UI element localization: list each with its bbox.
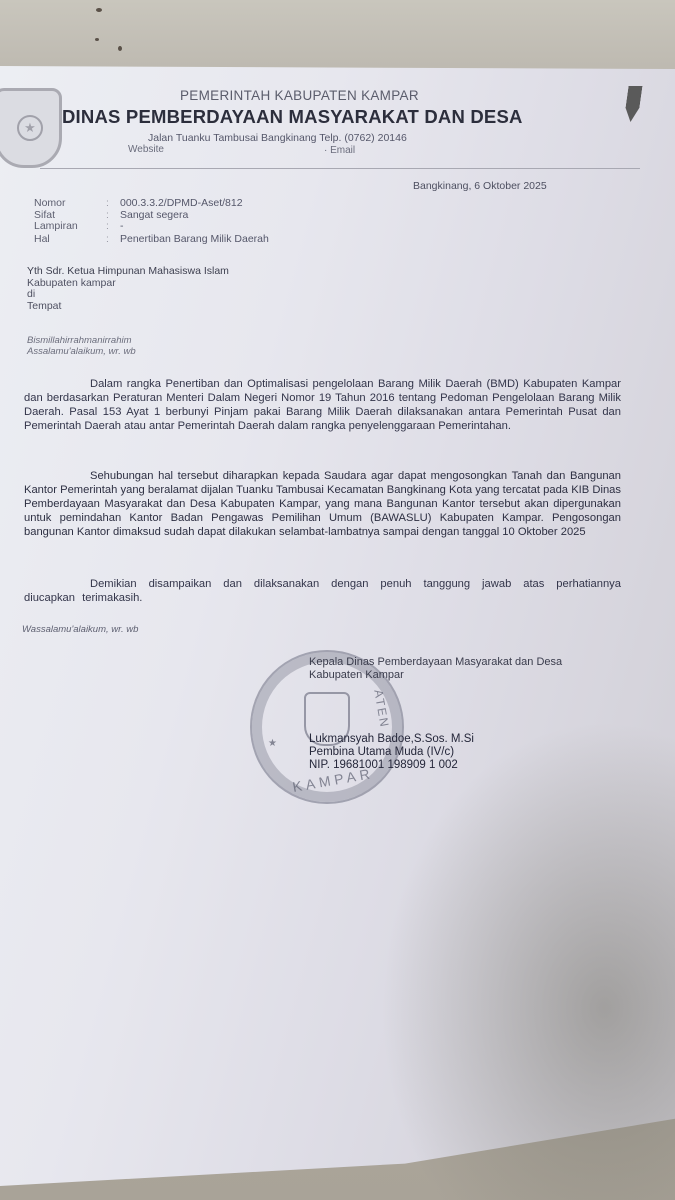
letter-meta: Nomor : 000.3.3.2/DPMD-Aset/812 Sifat : … [34,198,269,245]
letterhead-divider [40,168,640,169]
basmalah: Bismillahirrahmanirrahim [27,335,136,346]
signature-block: Kepala Dinas Pemberdayaan Masyarakat dan… [309,656,562,772]
body-paragraph-1: Dalam rangka Penertiban dan Optimalisasi… [24,377,621,433]
dirt-speck [95,38,99,41]
meta-row-number: Nomor : 000.3.3.2/DPMD-Aset/812 [34,198,269,210]
department-name: DINAS PEMBERDAYAAN MASYARAKAT DAN DESA [62,106,523,128]
greeting: Bismillahirrahmanirrahim Assalamu'alaiku… [27,335,136,357]
regency-logo-icon: ★ [0,88,62,168]
signatory-title: Kepala Dinas Pemberdayaan Masyarakat dan… [309,656,562,669]
dirt-speck [118,46,122,51]
body-paragraph-3: Demikian disampaikan dan dilaksanakan de… [24,577,621,605]
letter-date: Bangkinang, 6 Oktober 2025 [413,180,547,192]
recipient-block: Yth Sdr. Ketua Himpunan Mahasiswa Islam … [27,266,229,312]
meta-row-attachment: Lampiran : - [34,221,269,233]
body-paragraph-2: Sehubungan hal tersebut diharapkan kepad… [24,469,621,539]
recipient-line: Kabupaten kampar [27,278,229,290]
salam: Assalamu'alaikum, wr. wb [27,346,136,357]
recipient-line: di [27,289,229,301]
signatory-rank: Pembina Utama Muda (IV/c) [309,746,562,759]
website-label: Website [128,144,164,155]
recipient-line: Tempat [27,301,229,313]
signatory-name: Lukmansyah Badoe,S.Sos. M.Si [309,733,562,746]
recipient-line: Yth Sdr. Ketua Himpunan Mahasiswa Islam [27,266,229,278]
meta-colon: : [106,234,120,246]
dirt-speck [96,8,102,12]
meta-colon: : [106,221,120,233]
meta-value: 000.3.3.2/DPMD-Aset/812 [120,198,243,210]
meta-colon: : [106,198,120,210]
signatory-title: Kabupaten Kampar [309,669,562,682]
meta-value: - [120,221,124,233]
star-icon: ★ [268,738,277,749]
signatory-nip: NIP. 19681001 198909 1 002 [309,759,562,772]
meta-value: Sangat segera [120,210,188,222]
star-icon: ★ [17,115,43,141]
paper-shadow [380,720,675,1200]
closing-salam: Wassalamu'alaikum, wr. wb [22,624,138,635]
government-name: PEMERINTAH KABUPATEN KAMPAR [180,88,419,103]
meta-label: Hal [34,234,106,246]
meta-value: Penertiban Barang Milik Daerah [120,234,269,246]
email-label: · Email [324,145,355,156]
meta-row-subject: Hal : Penertiban Barang Milik Daerah [34,234,269,246]
meta-label: Lampiran [34,221,106,233]
meta-label: Nomor [34,198,106,210]
office-address: Jalan Tuanku Tambusai Bangkinang Telp. (… [148,132,407,144]
email-label-text: Email [330,145,355,156]
